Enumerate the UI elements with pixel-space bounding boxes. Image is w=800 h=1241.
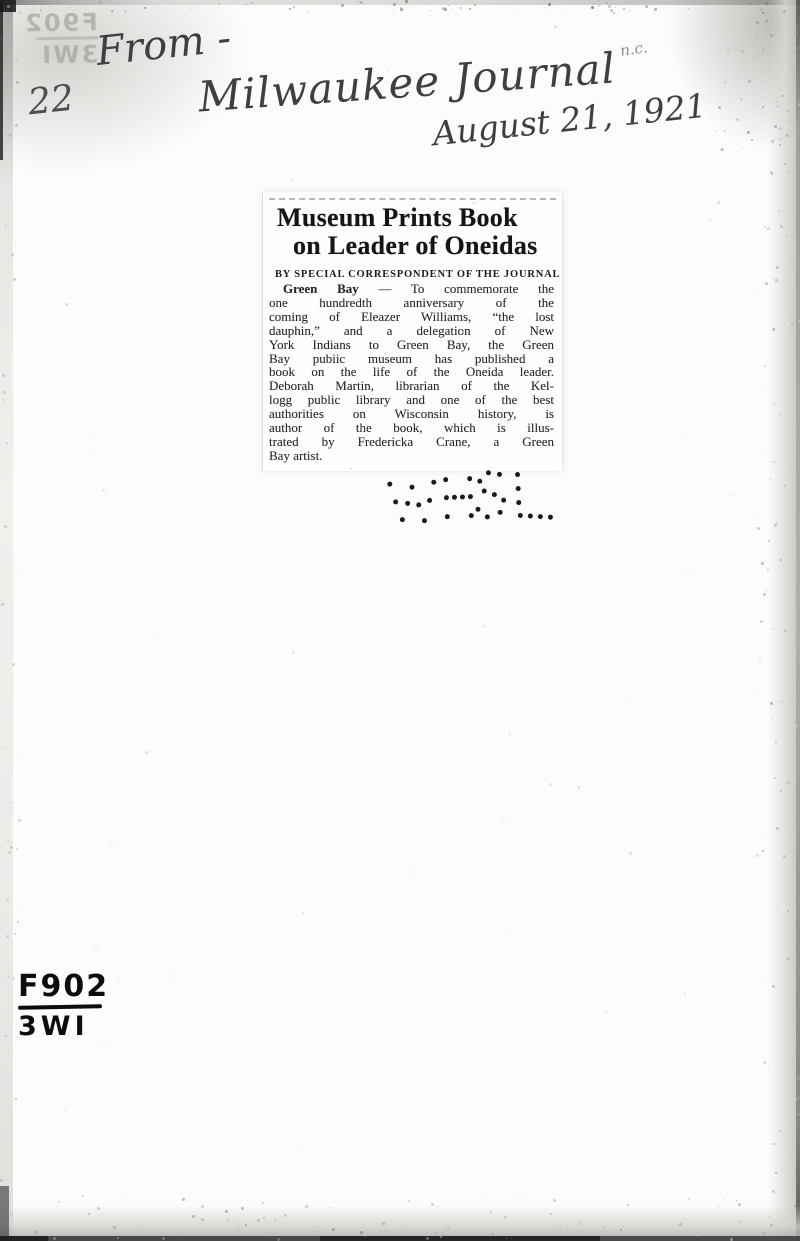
scan-noise-speck [776,101,778,103]
scan-noise-speck [709,219,712,222]
stamp-dot [468,494,473,499]
scan-noise-speck [15,241,16,242]
scan-noise-speck [591,6,594,9]
scan-noise-speck [629,852,632,855]
scan-noise-speck [799,21,800,22]
scan-noise-speck [385,1229,388,1232]
scan-noise-speck [10,846,13,849]
clipping-byline: BY SPECIAL CORRESPONDENT OF THE JOURNAL [275,269,562,280]
scan-noise-speck [769,9,770,10]
clipping-body-lines: one hundredth anniversary of thecoming o… [269,296,554,463]
scan-noise-speck [763,388,764,389]
scan-noise-speck [778,1094,780,1096]
headline-line-1: Museum Prints Book [277,204,562,232]
scan-noise-speck [784,324,785,325]
scan-noise-speck [770,702,773,705]
scan-noise-speck [446,1218,447,1219]
scan-noise-speck [606,2,608,4]
scan-noise-speck [9,134,12,137]
scan-noise-speck [786,62,787,63]
scan-noise-speck [12,768,13,769]
scan-noise-speck [784,629,787,632]
scan-noise-speck [721,148,724,151]
stamp-dot [409,485,414,490]
scan-noise-speck [500,1210,501,1211]
scan-noise-speck [776,105,779,108]
scan-noise-speck [697,1236,698,1237]
scan-noise-speck [627,1204,629,1206]
scan-noise-speck [784,833,786,835]
whsl-perforation-stamp [387,466,559,529]
scan-noise-speck [777,78,778,79]
scan-noise-speck [779,144,781,146]
scan-noise-speck [645,5,648,8]
scan-noise-speck [269,1236,270,1237]
scan-noise-speck [781,601,782,602]
scan-noise-speck [790,469,793,472]
scan-noise-speck [774,50,775,51]
scan-noise-speck [144,7,146,9]
scan-noise-speck [764,18,767,21]
scan-noise-speck [245,1224,247,1226]
scan-noise-speck [727,49,729,51]
scan-noise-speck [615,7,616,8]
call-number-line-2: 3WI [18,1013,109,1040]
scan-noise-speck [2,866,3,867]
scan-noise-speck [797,1077,799,1079]
scan-noise-speck [430,10,431,11]
scan-noise-speck [603,1226,606,1229]
scan-noise-speck [715,130,717,132]
scan-noise-speck [10,1197,11,1198]
scan-noise-speck [168,975,170,977]
scan-noise-speck [756,854,759,857]
scan-noise-speck [769,478,771,480]
scan-noise-speck [15,1098,17,1100]
scan-noise-speck [756,21,759,24]
scan-noise-speck [753,57,755,59]
scan-noise-speck [360,1,363,4]
scan-noise-speck [623,8,625,10]
stamp-dot [422,518,427,523]
scan-noise-speck [90,435,91,436]
stamp-dot [528,513,533,518]
clipping-cut-rule [269,198,556,200]
scan-noise-speck [0,1179,3,1182]
scan-noise-speck [329,1207,330,1208]
scan-noise-speck [654,8,657,11]
scan-noise-speck [302,912,304,914]
stamp-dot [387,482,392,487]
scan-noise-speck [711,1133,712,1134]
scan-noise-speck [792,477,794,479]
body-line: dauphin,” and a delegation of New [269,324,554,338]
newspaper-clipping: Museum Prints Book on Leader of Oneidas … [262,192,563,471]
scan-noise-speck [14,454,15,455]
scan-noise-speck [775,279,778,282]
scan-noise-speck [90,449,91,450]
scan-noise-speck [762,148,763,149]
stamp-dot [516,486,521,491]
scan-noise-speck [788,171,790,173]
scan-noise-speck [120,1194,121,1195]
call-number-line-1: F902 [18,972,109,1002]
scan-noise-speck [784,485,786,487]
scan-noise-speck [740,0,742,2]
scan-noise-speck [704,1216,705,1217]
scan-noise-speck [610,9,613,12]
scan-noise-speck [623,1226,624,1227]
scan-noise-speck [5,603,6,604]
scan-noise-speck [482,625,485,628]
scan-noise-speck [757,53,758,54]
scan-noise-speck [786,1156,788,1158]
scan-noise-speck [303,1151,304,1152]
scan-noise-speck [201,1205,204,1208]
scan-noise-speck [772,1190,775,1193]
scan-noise-speck [95,948,97,950]
scan-noise-speck [775,1172,777,1174]
scan-noise-speck [18,819,21,822]
scan-noise-speck [793,831,794,832]
scan-noise-speck [474,4,476,6]
scan-noise-speck [504,1216,507,1219]
scan-noise-speck [788,131,790,133]
stamp-dot [416,502,421,507]
scan-noise-speck [191,9,192,10]
scan-noise-speck [765,282,768,285]
scan-noise-speck [17,921,19,923]
scan-noise-speck [58,1201,60,1203]
scan-noise-speck [775,741,777,743]
scan-noise-speck [779,1130,781,1132]
scan-noise-speck [785,1036,786,1037]
scan-noise-speck [738,1203,741,1206]
scan-noise-speck [780,700,783,703]
scan-noise-speck [779,127,782,130]
scan-noise-speck [8,1053,10,1055]
scan-noise-speck [241,1207,244,1210]
scan-noise-speck [774,279,775,280]
scan-noise-speck [738,1220,741,1223]
scan-noise-speck [774,777,776,779]
stamp-dot [431,480,436,485]
scan-noise-speck [99,1,101,3]
scan-noise-speck [625,698,626,699]
scan-noise-speck [784,939,785,940]
body-line: author of the book, which is illus- [269,421,554,435]
scan-noise-speck [723,1234,725,1236]
scan-noise-speck [11,253,14,256]
scan-noise-speck [774,139,775,140]
scan-noise-speck [768,71,769,72]
scan-noise-speck [795,515,796,516]
scan-noise-speck [684,436,685,437]
scan-noise-speck [567,10,568,11]
scan-noise-speck [767,227,770,230]
scan-noise-speck [11,1028,12,1029]
scan-noise-speck [771,717,773,719]
scan-noise-speck [764,365,766,367]
scan-edge-bottom-line [0,1236,800,1241]
scan-noise-speck [566,1229,567,1230]
scan-noise-speck [776,98,777,99]
scan-noise-speck [246,4,247,5]
scan-noise-speck [783,948,786,951]
stamp-dot [518,513,523,518]
scan-noise-speck [227,1219,230,1222]
scan-noise-speck [688,8,689,9]
scan-noise-speck [781,607,783,609]
scan-noise-speck [620,1229,622,1231]
scan-noise-speck [763,593,766,596]
scan-noise-speck [731,12,732,13]
body-line: Bay pubiic museum has published a [269,352,554,366]
scan-noise-speck [780,138,783,141]
scan-noise-speck [65,303,68,306]
scan-noise-speck [309,12,310,13]
scan-noise-speck [1,38,2,39]
scan-noise-speck [290,179,293,182]
scan-noise-speck [2,1076,3,1077]
scan-noise-speck [770,545,771,546]
scan-noise-speck [762,106,764,108]
scan-noise-speck [628,1,630,3]
scan-edge-top [0,0,800,5]
scan-noise-speck [492,1233,494,1235]
scan-noise-speck [442,7,445,10]
scan-noise-speck [17,910,18,911]
scan-noise-speck [53,1237,56,1240]
scan-noise-speck [555,1,556,2]
scan-noise-speck [6,899,9,902]
scan-noise-speck [765,19,768,22]
scan-noise-speck [598,5,600,7]
scan-noise-speck [113,1226,116,1229]
scan-noise-speck [365,1236,366,1237]
stamp-dot [393,499,398,504]
scan-noise-speck [118,981,120,983]
scan-noise-speck [684,993,686,995]
scan-noise-speck [218,3,220,5]
scan-noise-speck [2,747,4,749]
scan-noise-speck [738,5,739,6]
scan-noise-speck [705,2,708,5]
scan-noise-speck [262,1202,264,1204]
scan-noise-speck [762,12,764,14]
scan-noise-speck [305,1205,308,1208]
scan-noise-speck [775,1143,777,1145]
stamp-dot [445,514,450,519]
scan-noise-speck [772,16,773,17]
scan-noise-speck [717,201,720,204]
scan-noise-speck [12,977,15,980]
scan-noise-speck [789,314,790,315]
scan-noise-speck [792,846,795,849]
scan-noise-speck [783,855,786,858]
scan-noise-speck [771,140,774,143]
scan-noise-speck [502,817,505,820]
stamp-dot [485,514,490,519]
scan-noise-speck [647,363,648,364]
scan-noise-speck [757,527,760,530]
scan-noise-speck [440,1236,442,1238]
scan-noise-speck [101,6,102,7]
scan-noise-speck [124,10,127,13]
scan-noise-speck [14,933,16,935]
scan-noise-speck [550,1213,552,1215]
scan-noise-speck [4,9,5,10]
scan-noise-speck [782,1090,783,1091]
body-line: Deborah Martin, librarian of the Kel- [269,379,554,393]
headline-line-2: on Leader of Oneidas [293,232,562,260]
stamp-dot [516,500,521,505]
scan-noise-speck [761,562,764,565]
scan-noise-speck [746,51,747,52]
scan-noise-speck [5,1035,7,1037]
scan-noise-speck [447,1227,450,1230]
scan-corner-shadow-top-right [670,0,800,150]
scan-noise-speck [251,2,253,4]
scan-noise-speck [516,1197,517,1198]
scan-noise-speck [720,149,722,151]
scan-noise-speck [776,827,779,830]
scan-noise-speck [408,871,410,873]
scan-noise-speck [566,1203,567,1204]
scan-noise-speck [293,6,295,8]
scan-noise-speck [165,9,167,11]
scan-noise-speck [613,12,615,14]
scan-noise-speck [688,1198,690,1200]
scan-noise-speck [763,449,764,450]
stamp-dot [475,507,480,512]
scan-noise-speck [783,426,786,429]
call-number: F902 3WI [18,972,109,1040]
scan-noise-speck [10,1213,13,1216]
scan-noise-speck [50,6,51,7]
scan-noise-speck [756,288,757,289]
scan-noise-speck [730,1238,733,1241]
scan-noise-speck [741,50,744,53]
scan-noise-speck [2,374,5,377]
scan-noise-speck [238,1222,241,1225]
body-line: coming of Eleazer Williams, “the lost [269,310,554,324]
stamp-dot [469,513,474,518]
call-number-underline [18,1004,102,1009]
scan-noise-speck [794,1205,796,1207]
handwritten-nc-note: n.c. [619,38,649,60]
scan-noise-speck [17,92,18,93]
scan-noise-speck [12,78,13,79]
scan-noise-speck [770,171,773,174]
scan-noise-speck [140,1229,142,1231]
scan-noise-speck [758,146,759,147]
scan-noise-speck [156,638,157,639]
stamp-dot [452,495,457,500]
scan-noise-speck [8,851,11,854]
scan-noise-speck [435,1232,437,1234]
scan-noise-speck [767,569,769,571]
scan-noise-speck [795,1099,797,1101]
scan-noise-speck [785,234,788,237]
stamp-dot [460,494,465,499]
scan-noise-speck [783,152,784,153]
scan-noise-speck [759,661,761,663]
scan-noise-speck [797,28,798,29]
scan-noise-speck [117,1237,119,1239]
scan-noise-speck [786,501,787,502]
scan-noise-speck [788,121,790,123]
stamp-dot [427,498,432,503]
scan-noise-speck [769,1068,770,1069]
scan-noise-speck [2,398,3,399]
scan-noise-speck [12,807,14,809]
scan-noise-speck [736,1200,738,1202]
scan-noise-speck [797,24,799,26]
scan-noise-speck [257,1219,260,1222]
scan-noise-speck [787,330,790,333]
scan-noise-speck [10,802,11,803]
body-lead-line: Green Bay — To commemorate the [269,282,554,296]
bleedthrough-call-number: F902 3WI [6,9,99,69]
stamp-dot [482,488,487,493]
body-line: book on the life of the Oneida leader. [269,365,554,379]
scan-noise-speck [358,1,359,2]
scan-noise-speck [789,256,790,257]
scan-noise-speck [424,3,425,4]
scan-noise-speck [771,173,773,175]
scan-noise-speck [405,0,408,3]
scan-noise-speck [795,1236,796,1237]
scan-noise-speck [772,985,775,988]
scan-noise-speck [760,8,763,11]
scan-noise-speck [758,128,759,129]
stamp-dot [548,515,553,520]
scan-noise-speck [760,620,763,623]
scan-noise-speck [549,783,552,786]
scan-noise-speck [724,1199,725,1200]
scan-noise-speck [751,139,753,141]
scan-noise-speck [7,975,10,978]
scan-noise-speck [772,1143,774,1145]
scan-noise-speck [763,1061,766,1064]
scan-noise-speck [212,1221,213,1222]
scan-noise-speck [525,1199,526,1200]
stamp-dot [498,510,503,515]
scan-noise-speck [797,131,799,133]
scan-noise-speck [3,399,5,401]
scan-noise-speck [770,34,773,37]
scan-noise-speck [765,590,767,592]
scan-noise-speck [284,1214,287,1217]
clipping-body: Green Bay — To commemorate the one hundr… [269,282,554,463]
scan-noise-speck [687,1233,689,1235]
scan-noise-speck [34,1231,37,1234]
scan-noise-speck [401,1226,403,1228]
scan-noise-speck [769,154,770,155]
scan-noise-speck [749,3,751,5]
scan-noise-speck [769,1216,771,1218]
scan-noise-speck [780,1105,781,1106]
scan-noise-speck [772,328,775,331]
scan-noise-speck [482,1194,483,1195]
scan-noise-speck [729,494,731,496]
scan-noise-speck [785,135,787,137]
scan-noise-speck [740,67,741,68]
scan-noise-speck [775,522,778,525]
scan-noise-speck [7,840,9,842]
scan-noise-speck [192,1215,195,1218]
